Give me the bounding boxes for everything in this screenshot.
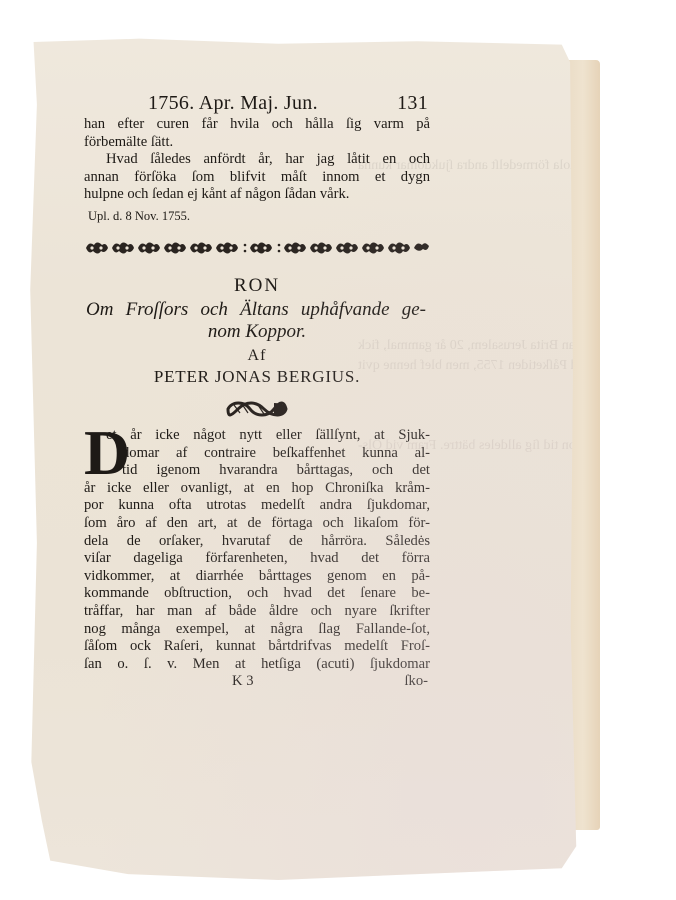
text-line: tråffar, har man af både åldre och nyare…	[84, 603, 430, 621]
signature-line: K 3 ſko-	[84, 673, 430, 691]
dateline: Upl. d. 8 Nov. 1755.	[84, 209, 430, 229]
text-line: förbemälte ſätt.	[84, 134, 430, 152]
knot-ornament-icon	[224, 399, 290, 419]
page-number: 131	[397, 90, 428, 116]
article-subtitle: Om Froſſors och Ältans uphåfvande ge- no…	[84, 299, 430, 343]
vignette	[84, 399, 430, 419]
byline-prefix: Af	[84, 347, 430, 367]
subtitle-line: nom Koppor.	[84, 321, 430, 343]
signature-mark: K 3	[232, 673, 254, 691]
text-line: domar af contraire beſkaffenhet kunna al…	[84, 445, 430, 463]
text-line: vidkommer, at diarrhée bårttages genom e…	[84, 568, 430, 586]
article-body: D et år icke något nytt eller ſällſynt, …	[84, 427, 430, 673]
text-line: ſåſom ock Raſeri, kunnat bårtdrifvas med…	[84, 638, 430, 656]
text-line: tid igenom hvarandra bårttagas, och det	[84, 462, 430, 480]
book-page: Kola förmedelſt andra ſjukdomar kunna Pi…	[28, 37, 584, 880]
text-line: nog många exempel, at några ſlag Falland…	[84, 621, 430, 639]
article-heading: RON	[84, 275, 430, 299]
author-name: PETER JONAS BERGIUS.	[84, 367, 430, 389]
text-line: han efter curen får hvila och hålla ſig …	[84, 116, 430, 134]
ornament-band	[84, 239, 430, 257]
subtitle-line: Om Froſſors och Ältans uphåfvande ge-	[84, 299, 430, 321]
running-head-date: 1756. Apr. Maj. Jun.	[148, 90, 318, 116]
text-line: viſar dageliga förfarenheten, hvad det f…	[84, 550, 430, 568]
drop-cap: D	[84, 427, 130, 479]
text-line: år icke eller ovanligt, at en hop Chroni…	[84, 480, 430, 498]
text-line: ſom åro af den art, at de förtaga och li…	[84, 515, 430, 533]
text-line: ſan o. ſ. v. Men at hetſiga (acuti) ſjuk…	[84, 656, 430, 674]
running-head: 1756. Apr. Maj. Jun. 131	[84, 90, 430, 116]
text-line: kommande obſtruction, och hvad det ſenar…	[84, 585, 430, 603]
catchword: ſko-	[404, 673, 428, 691]
text-line: et år icke något nytt eller ſällſynt, at…	[84, 427, 430, 445]
text-line: hulpne och ſedan ej kånt af någon ſådan …	[84, 186, 430, 204]
text-line: Hvad ſåledes anfördt år, har jag låtit e…	[84, 151, 430, 169]
ornament-band-icon	[84, 239, 430, 257]
text-line: dela de orſaker, hvarutaf de hårröra. Så…	[84, 533, 430, 551]
text-line: por kunna ofta utrotas medelſt andra ſju…	[84, 497, 430, 515]
text-block: 1756. Apr. Maj. Jun. 131 han efter curen…	[84, 90, 430, 691]
text-line: annan förſöka ſom blifvit måſt innom et …	[84, 169, 430, 187]
